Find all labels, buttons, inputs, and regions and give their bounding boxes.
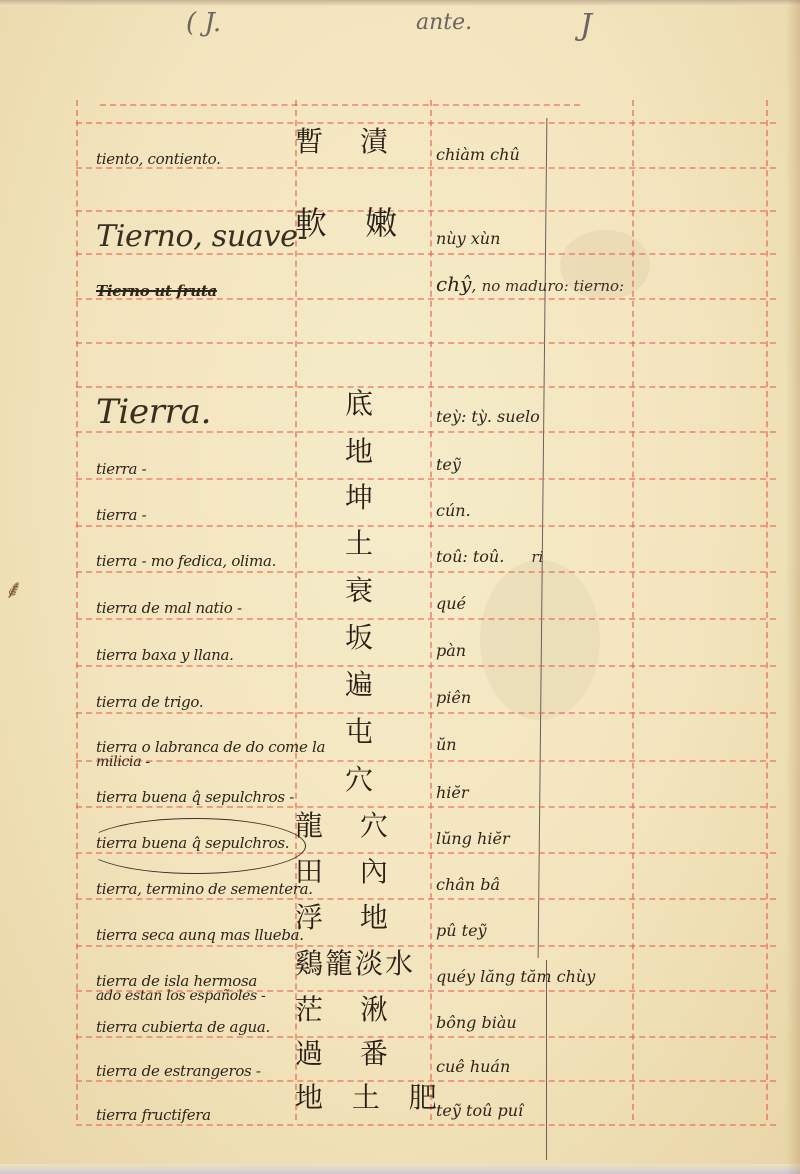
romanization: teỳ: tỳ. suelo bbox=[436, 407, 540, 426]
romanization: piên bbox=[436, 688, 471, 707]
page-right-edge bbox=[786, 0, 800, 1174]
romanization: hiĕr bbox=[436, 783, 469, 802]
rule-horizontal bbox=[76, 342, 776, 344]
spanish-term: Tierra. bbox=[96, 392, 211, 432]
romanization: cún. bbox=[436, 501, 471, 520]
spanish-term: tierra buena q̂ sepulchros. bbox=[96, 834, 289, 852]
romanization-note: ri bbox=[531, 548, 543, 566]
romanization: cuê huán bbox=[436, 1057, 510, 1076]
entry-row: tierra - 坤 cún. bbox=[90, 482, 610, 526]
entry-row: tierra de mal natio - 衰 qué bbox=[90, 575, 610, 619]
romanization: ŭn bbox=[436, 735, 457, 754]
header-left-mark: ( J. bbox=[186, 8, 221, 38]
ink-blot-mark: ⸙ bbox=[4, 570, 24, 606]
header-right-mark: J bbox=[580, 8, 592, 43]
entry-row: tierra, termino de sementera. 田 內 chân b… bbox=[90, 856, 610, 900]
entry-row: tierra buena q̂ sepulchros. 龍 穴 lŭng hiĕ… bbox=[90, 810, 610, 854]
chinese-characters: 過 番 bbox=[295, 1032, 435, 1072]
entry-row: tiento, contiento. 暫 漬 chiàm chû bbox=[90, 126, 610, 170]
spanish-term: tierra - mo fedica, olima. bbox=[96, 552, 276, 570]
chinese-characters: 浮 地 bbox=[295, 896, 435, 936]
spanish-term: tiento, contiento. bbox=[96, 150, 221, 168]
spanish-term: tierra baxa y llana. bbox=[96, 646, 234, 664]
chinese-characters: 龍 穴 bbox=[295, 804, 435, 844]
spanish-term: tierra de estrangeros - bbox=[96, 1062, 261, 1080]
spanish-term: tierra de trigo. bbox=[96, 693, 203, 711]
entry-row: tierra o labranca de do come la milicia … bbox=[90, 716, 610, 760]
romanization: toû: toû. ri bbox=[436, 547, 543, 566]
entry-row: tierra - mo fedica, olima. 土 toû: toû. r… bbox=[90, 528, 610, 572]
romanization: nùy xùn bbox=[436, 229, 500, 248]
spanish-term: Tierno, suave- bbox=[96, 219, 307, 254]
chinese-characters: 暫 漬 bbox=[295, 120, 435, 160]
chinese-characters: 田 內 bbox=[295, 850, 435, 890]
romanization: chŷ, no maduro: tierno: bbox=[436, 272, 624, 296]
rule-horizontal bbox=[100, 104, 580, 106]
spanish-term: tierra seca aunq mas llueba. bbox=[96, 926, 304, 944]
romanization-note: no maduro: tierno: bbox=[482, 277, 625, 295]
entry-row: tierra de trigo. 遍 piên bbox=[90, 669, 610, 713]
chinese-characters: 屯 bbox=[345, 710, 485, 750]
page-bottom-edge bbox=[0, 1164, 800, 1174]
manuscript-page: ( J. ante. J ⸙ tiento, contiento. 暫 漬 ch… bbox=[0, 0, 800, 1174]
entry-row: tierra fructifera 地 土 肥 teỹ toû puî bbox=[90, 1082, 610, 1126]
romanization: lŭng hiĕr bbox=[436, 829, 510, 848]
spanish-term: tierra buena q̂ sepulchros - bbox=[96, 788, 294, 806]
romanization: teỹ toû puî bbox=[436, 1101, 523, 1120]
spanish-term: tierra de mal natio - bbox=[96, 599, 242, 617]
chinese-characters: 鷄籠淡水 bbox=[295, 942, 435, 982]
spanish-term-struck: Tierno ut fruta bbox=[96, 282, 217, 300]
romanization-main: chŷ bbox=[436, 272, 471, 296]
entry-row: Tierno ut fruta chŷ, no maduro: tierno: bbox=[90, 258, 610, 302]
romanization: chân bâ bbox=[436, 875, 500, 894]
romanization: teỹ bbox=[436, 455, 461, 474]
spanish-term: tierra - bbox=[96, 506, 146, 524]
chinese-characters: 軟 嫩 bbox=[295, 198, 435, 244]
romanization: qué bbox=[436, 594, 466, 613]
entry-row: tierra seca aunq mas llueba. 浮 地 pû teỹ bbox=[90, 902, 610, 946]
chinese-characters: 茫 湫 bbox=[295, 988, 435, 1028]
romanization: quéy lăng tăm chùy bbox=[436, 967, 595, 986]
romanization: chiàm chû bbox=[436, 145, 520, 164]
chinese-characters: 地 bbox=[345, 430, 485, 470]
romanization-main: toû: toû. bbox=[436, 547, 504, 566]
spanish-term: tierra - bbox=[96, 460, 146, 478]
entry-row: Tierra. 底 teỳ: tỳ. suelo bbox=[90, 388, 610, 432]
entry-row: tierra buena q̂ sepulchros - 穴 hiĕr bbox=[90, 764, 610, 808]
header-center-word: ante. bbox=[416, 10, 472, 35]
romanization: pàn bbox=[436, 641, 466, 660]
entry-row: tierra baxa y llana. 坂 pàn bbox=[90, 622, 610, 666]
page-top-edge bbox=[0, 0, 800, 6]
entry-row: tierra de isla hermosa ado estan los esp… bbox=[90, 948, 610, 992]
spanish-term: tierra cubierta de agua. bbox=[96, 1018, 270, 1036]
romanization: pû teỹ bbox=[436, 921, 487, 940]
entry-row: tierra - 地 teỹ bbox=[90, 436, 610, 480]
spanish-term: tierra fructifera bbox=[96, 1106, 211, 1124]
romanization: bông biàu bbox=[436, 1013, 517, 1032]
spanish-term: tierra, termino de sementera. bbox=[96, 880, 313, 898]
chinese-characters: 地 土 肥 bbox=[295, 1076, 435, 1116]
entry-row: Tierno, suave- 軟 嫩 nùy xùn bbox=[90, 210, 610, 254]
